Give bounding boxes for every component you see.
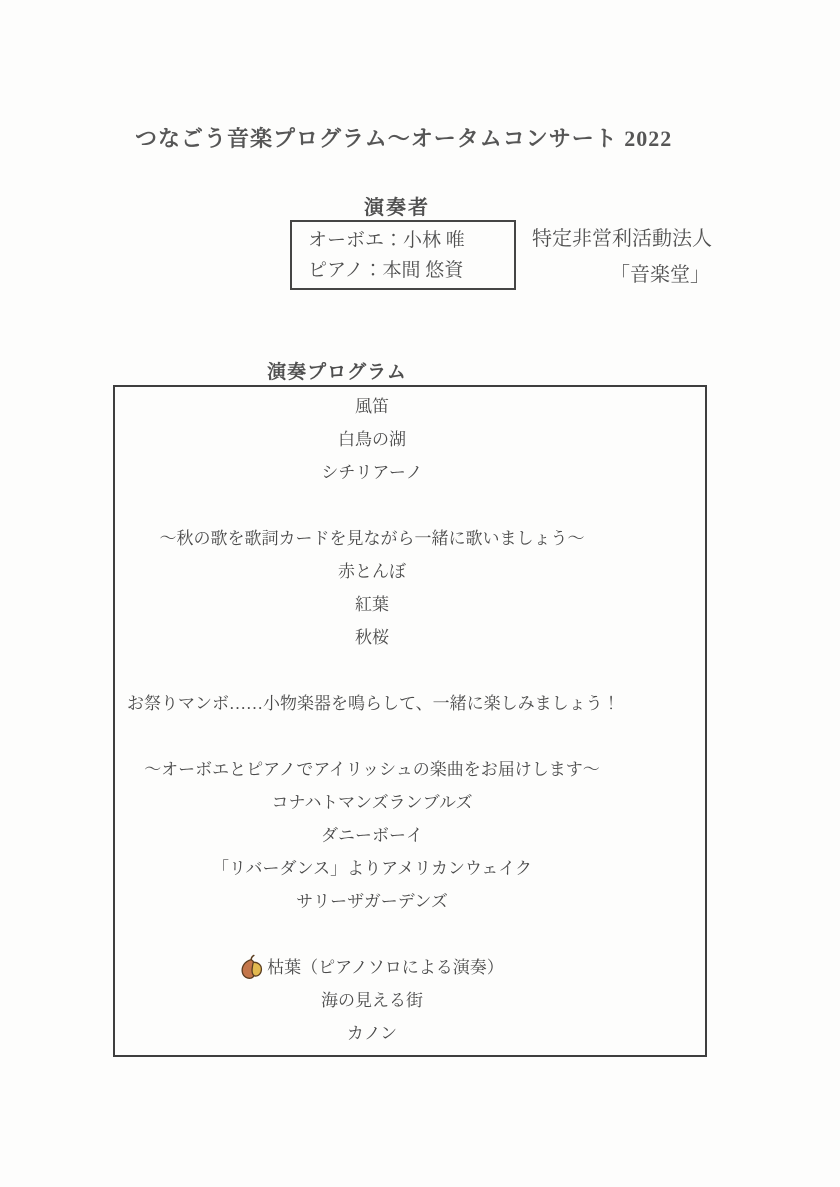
program-row-blank [127,918,617,951]
page-title: つなごう音楽プログラム〜オータムコンサート 2022 [135,122,672,153]
program-row: コナハトマンズランブルズ [127,786,617,819]
program-row-blank [127,489,617,522]
program-row: お祭りマンボ……小物楽器を鳴らして、一緒に楽しみましょう！ [127,687,617,720]
program-row: シチリアーノ [127,456,617,489]
performer-oboe: オーボエ：小林 唯 [308,226,514,256]
program-row: 白鳥の湖 [127,423,617,456]
program-row: カノン [127,1017,617,1050]
program-row-blank [127,720,617,753]
program-row: 〜オーボエとピアノでアイリッシュの楽曲をお届けします〜 [127,753,617,786]
program-row: 赤とんぼ [127,555,617,588]
program-row: サリーザガーデンズ [127,885,617,918]
program-heading: 演奏プログラム [267,357,407,384]
autumn-leaf-icon [240,954,264,980]
program-box: 風笛 白鳥の湖 シチリアーノ 〜秋の歌を歌詞カードを見ながら一緒に歌いましょう〜… [113,385,707,1057]
organization-name-line1: 特定非営利活動法人 [532,222,712,251]
program-row: ダニーボーイ [127,819,617,852]
program-row: 風笛 [127,390,617,423]
performers-box: オーボエ：小林 唯 ピアノ：本間 悠資 [290,220,516,290]
program-row: 「リバーダンス」よりアメリカンウェイク [127,852,617,885]
program-row: 海の見える街 [127,984,617,1017]
program-row: 〜秋の歌を歌詞カードを見ながら一緒に歌いましょう〜 [127,522,617,555]
concert-program-page: つなごう音楽プログラム〜オータムコンサート 2022 演奏者 オーボエ：小林 唯… [0,0,840,1187]
program-row: 秋桜 [127,621,617,654]
performers-heading: 演奏者 [364,191,430,220]
organization-name-line2: 「音楽堂」 [532,258,710,287]
program-row-blank [127,654,617,687]
program-row: 紅葉 [127,588,617,621]
performer-piano: ピアノ：本間 悠資 [308,256,514,286]
program-row: 枯葉（ピアノソロによる演奏） [127,951,617,984]
